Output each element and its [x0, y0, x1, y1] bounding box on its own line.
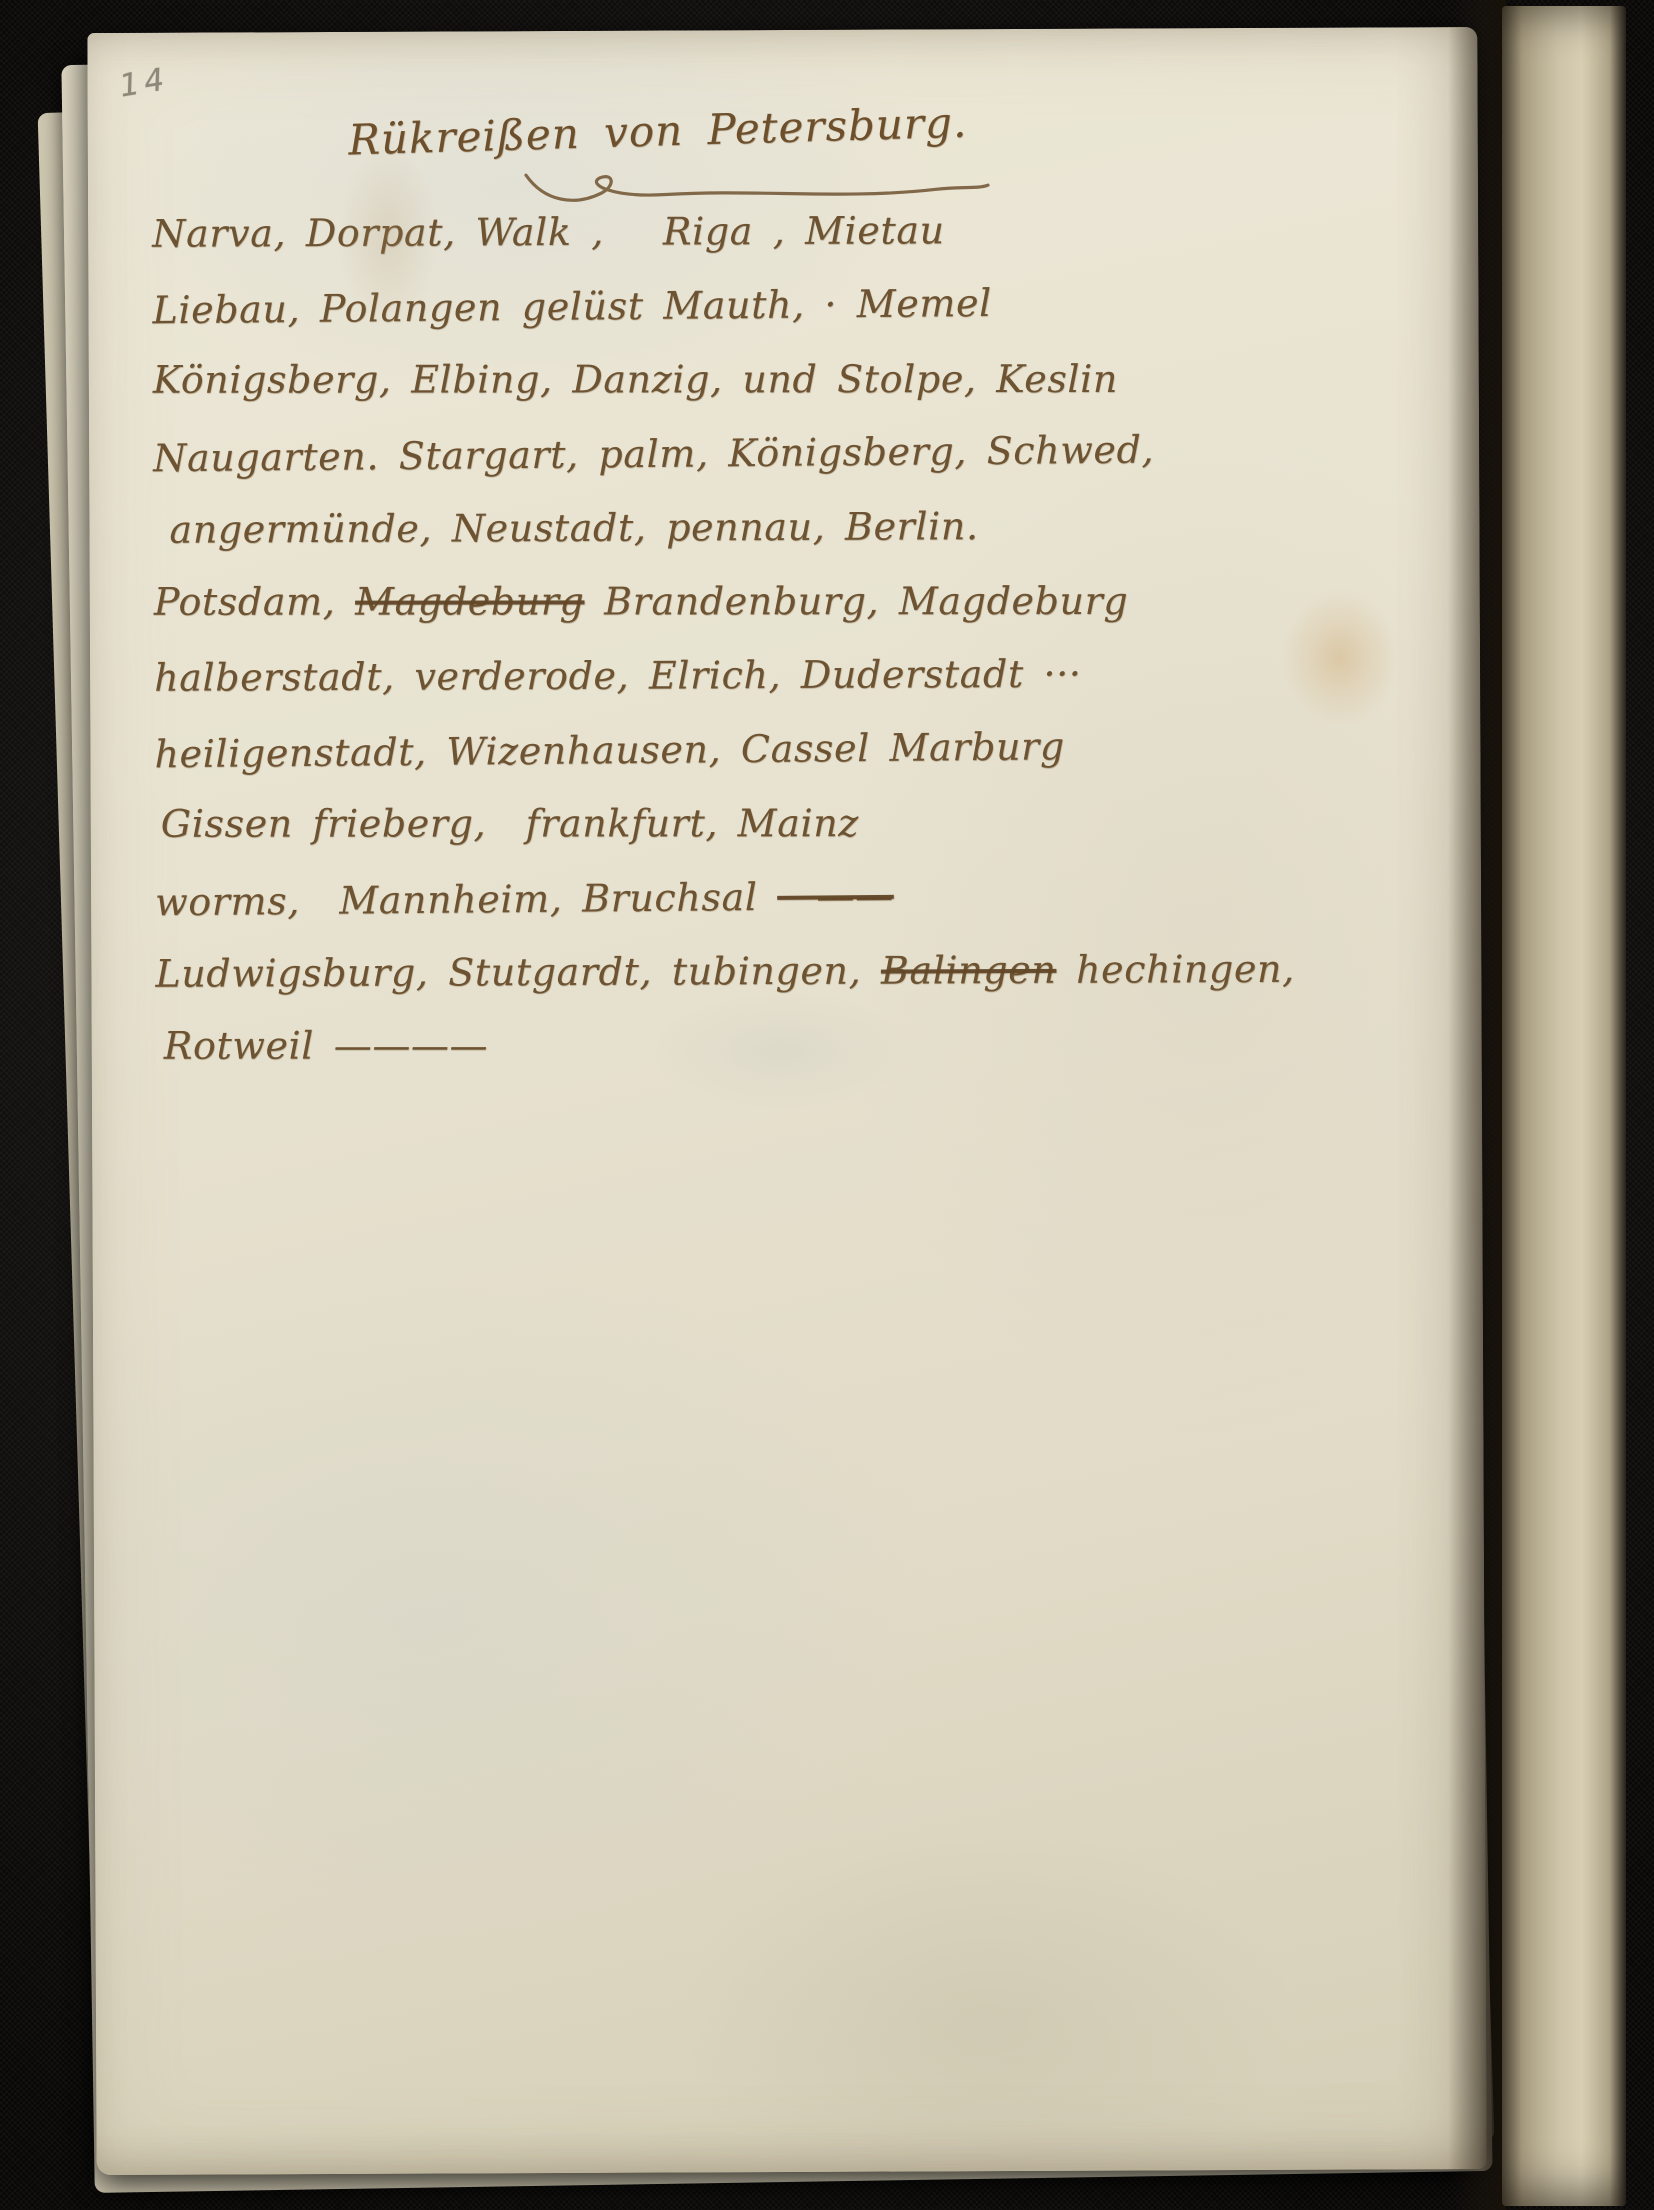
line-text: Liebau, Polangen gelüst Mauth, · Memel [152, 281, 992, 332]
line-text: Rotweil ———— [164, 1023, 488, 1067]
paper-stain [1280, 587, 1401, 728]
line-text: heiligenstadt, Wizenhausen, Cassel Marbu… [154, 724, 1065, 776]
manuscript-line: Königsberg, Elbing, Danzig, und Stolpe, … [153, 342, 1293, 417]
line-text: Brandenburg, Magdeburg [584, 579, 1128, 623]
document-title: Rükreißen von Petersburg. [297, 96, 1018, 166]
line-text: halberstadt, verderode, Elrich, Dudersta… [154, 652, 1082, 700]
manuscript-line: worms, Mannheim, Bruchsal —— [155, 855, 1296, 939]
manuscript-line: Narva, Dorpat, Walk , Riga , Mietau [152, 192, 1292, 271]
manuscript-page: 14 Rükreißen von Petersburg. Narva, Dorp… [87, 27, 1486, 2175]
line-text: angermünde, Neustadt, pennau, Berlin. [169, 504, 978, 552]
struck-text: Balingen [881, 948, 1057, 993]
line-text: Narva, Dorpat, Walk , Riga , Mietau [152, 208, 945, 255]
photo-scene: 14 Rükreißen von Petersburg. Narva, Dorp… [0, 0, 1654, 2210]
manuscript-line: Rotweil ———— [164, 1008, 1296, 1083]
manuscript-line: Liebau, Polangen gelüst Mauth, · Memel [152, 263, 1293, 347]
manuscript-lines: Narva, Dorpat, Walk , Riga , MietauLieba… [152, 192, 1296, 1085]
struck-text: —— [777, 874, 894, 919]
line-text: Gissen frieberg, frankfurt, Mainz [161, 801, 859, 846]
line-text: worms, Mannheim, Bruchsal [155, 875, 777, 924]
page-number: 14 [117, 61, 172, 104]
manuscript-line: Naugarten. Stargart, palm, Königsberg, S… [153, 411, 1294, 495]
line-text: Potsdam, [154, 580, 355, 624]
line-text: Naugarten. Stargart, palm, Königsberg, S… [153, 428, 1154, 481]
binding-gutter-shadow [1448, 0, 1506, 2210]
line-text: hechingen, [1056, 947, 1295, 992]
facing-page-edge [1502, 6, 1626, 2206]
manuscript-line: Ludwigsburg, Stutgardt, tubingen, Baling… [155, 932, 1295, 1011]
manuscript-line: halberstadt, verderode, Elrich, Dudersta… [154, 636, 1294, 715]
line-text: Ludwigsburg, Stutgardt, tubingen, [155, 949, 881, 996]
manuscript-line: Gissen frieberg, frankfurt, Mainz [161, 786, 1295, 861]
manuscript-line: angermünde, Neustadt, pennau, Berlin. [169, 488, 1293, 567]
manuscript-line: Potsdam, Magdeburg Brandenburg, Magdebur… [154, 564, 1294, 639]
struck-text: Magdeburg [355, 579, 584, 623]
line-text: Königsberg, Elbing, Danzig, und Stolpe, … [153, 357, 1118, 402]
manuscript-line: heiligenstadt, Wizenhausen, Cassel Marbu… [154, 707, 1295, 791]
